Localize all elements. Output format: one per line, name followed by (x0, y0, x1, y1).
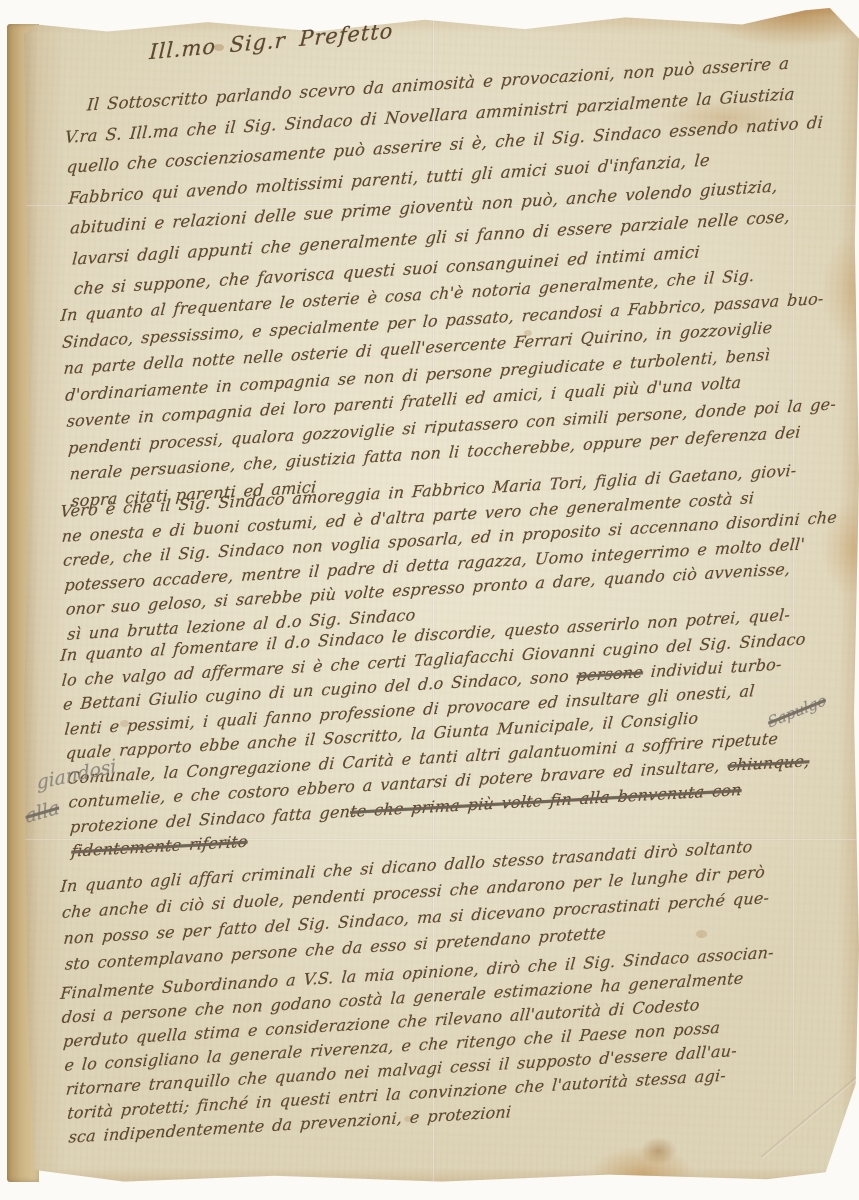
paragraph: In quanto al fomentare il d.o Sindaco le… (58, 602, 814, 864)
margin-annotation: alla (24, 796, 61, 828)
handwriting-layer: Ill.mo Sig.r Prefetto Il Sottoscritto pa… (0, 0, 859, 1200)
letter-salutation: Ill.mo Sig.r Prefetto (149, 19, 394, 65)
paragraph: Finalmente Subordinando a V.S. la mia op… (58, 941, 781, 1150)
document-photo: Ill.mo Sig.r Prefetto Il Sottoscritto pa… (0, 0, 859, 1200)
